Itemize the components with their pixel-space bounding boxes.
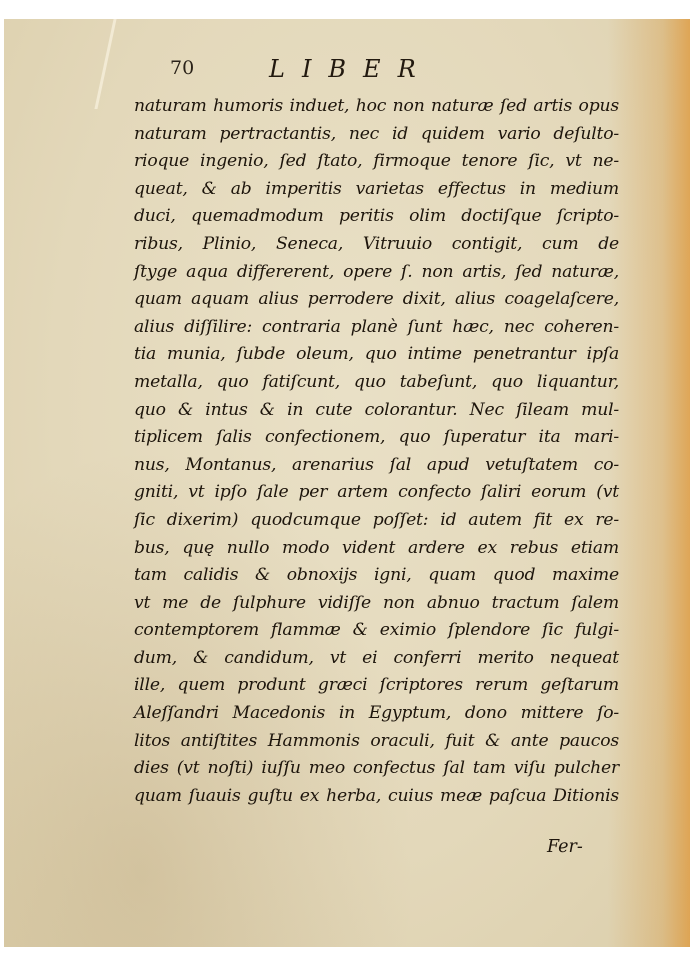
text-line: alius diſſilire: contraria planè ſunt hæ… — [134, 314, 619, 342]
text-line: tam calidis & obnoxijs igni, quam quod m… — [134, 562, 619, 590]
text-line: ille, quem produnt græci ſcriptores reru… — [134, 672, 619, 700]
text-line: bus, quę nullo modo vident ardere ex reb… — [134, 535, 619, 563]
text-line: duci, quemadmodum peritis olim doctiſque… — [134, 203, 619, 231]
text-line: ſtyge aqua differerent, opere ſ. non art… — [134, 259, 619, 287]
text-line: contemptorem flammæ & eximio ſplendore ſ… — [134, 617, 619, 645]
body-text: naturam humoris induet, hoc non naturæ ſ… — [134, 93, 619, 810]
text-line: quam ſuauis guſtu ex herba, cuius meæ pa… — [134, 783, 619, 811]
text-line: queat, & ab imperitis varietas effectus … — [134, 176, 619, 204]
text-line: vt me de ſulphure vidiſſe non abnuo trac… — [134, 590, 619, 618]
text-line: quam aquam alius perrodere dixit, alius … — [134, 286, 619, 314]
text-line: tiplicem ſalis confectionem, quo ſuperat… — [134, 424, 619, 452]
text-line: nus, Montanus, arenarius ſal apud vetuſt… — [134, 452, 619, 480]
text-line: ſic dixerim) quodcumque poſſet: id autem… — [134, 507, 619, 535]
book-page: 70 LIBER naturam humoris induet, hoc non… — [4, 19, 690, 947]
text-line: quo & intus & in cute colorantur. Nec ſi… — [134, 397, 619, 425]
running-head: LIBER — [269, 55, 433, 83]
text-line: Aleſſandri Macedonis in Egyptum, dono mi… — [134, 700, 619, 728]
text-line: naturam pertractantis, nec id quidem var… — [134, 121, 619, 149]
page-number: 70 — [170, 57, 194, 79]
text-line: dum, & candidum, vt ei conferri merito n… — [134, 645, 619, 673]
text-line: naturam humoris induet, hoc non naturæ ſ… — [134, 93, 619, 121]
page-header: 70 LIBER — [4, 57, 690, 87]
text-line: metalla, quo fatiſcunt, quo tabeſunt, qu… — [134, 369, 619, 397]
catchword: Fer- — [547, 837, 583, 857]
text-line: dies (vt noſti) iuſſu meo confectus ſal … — [134, 755, 619, 783]
text-line: ribus, Plinio, Seneca, Vitruuio contigit… — [134, 231, 619, 259]
text-line: tia munia, ſubde oleum, quo intime penet… — [134, 341, 619, 369]
text-line: gniti, vt ipſo ſale per artem confecto ſ… — [134, 479, 619, 507]
text-line: litos antiſtites Hammonis oraculi, fuit … — [134, 728, 619, 756]
text-line: rioque ingenio, ſed ſtato, firmoque teno… — [134, 148, 619, 176]
